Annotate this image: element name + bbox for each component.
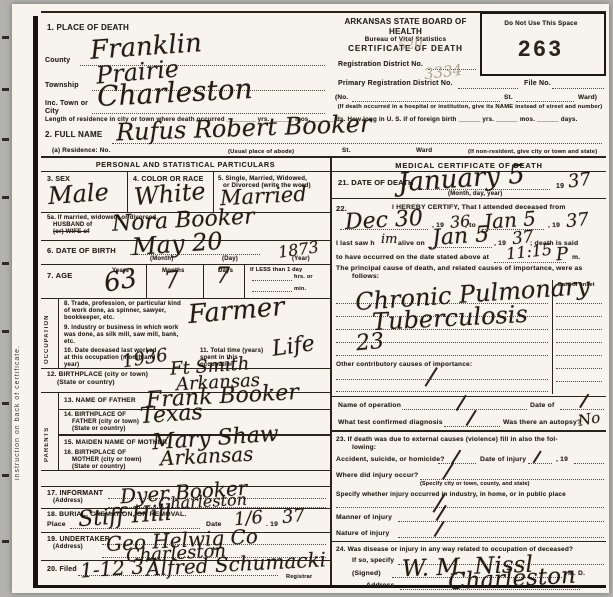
scanned-death-certificate: instruction on back of certificate. 1. P… [0, 0, 613, 597]
street-ward-label: Ward) [578, 94, 597, 102]
birthplace-label: 12. BIRTHPLACE (city or town) [47, 371, 148, 379]
personal-section-title: PERSONAL AND STATISTICAL PARTICULARS [41, 161, 330, 170]
autopsy-label: Was there an autopsy? [503, 419, 581, 427]
full-name-label: 2. FULL NAME [45, 130, 102, 140]
father-name-label: 13. NAME OF FATHER [64, 397, 136, 405]
age-min-caption: min. [294, 286, 306, 293]
lastsaw-value: Jan 5 [431, 222, 490, 251]
where-injury-caption: (Specify city or town, county, and state… [420, 481, 530, 487]
blank-line [444, 425, 500, 427]
specify-injury-label: Specify whether injury occurred in indus… [336, 491, 566, 499]
mother-birthplace-value: Arkansas [159, 442, 254, 471]
dod-year-printed: 19 [556, 183, 564, 191]
age-months-value: 7 [163, 265, 181, 294]
place-of-death-label: 1. PLACE OF DEATH [47, 23, 129, 33]
manner-injury-label: Manner of injury [336, 514, 392, 522]
rule-line [332, 198, 606, 199]
related-occupation-line-2: If so, specify [352, 557, 394, 565]
parents-vertical-label: PARENTS [44, 400, 50, 462]
do-not-use-box: Do Not Use This Space 263 [480, 12, 606, 76]
external-causes-line-2: lowing: [352, 444, 376, 452]
burial-place-label: Place [47, 521, 66, 529]
certificate-number-stamp: 263 [482, 36, 600, 62]
to-year-printed: , 19 [548, 222, 560, 230]
signed-label: (Signed) [352, 570, 381, 578]
blank-line [438, 462, 476, 464]
age-less-caption: If LESS than 1 day [250, 267, 302, 274]
blank-line [458, 87, 518, 89]
rule-line [41, 264, 330, 265]
residence-label: (a) Residence: No. [52, 147, 111, 155]
undertaker-address-label: (Address) [53, 544, 83, 551]
test-confirmed-label: What test confirmed diagnosis [338, 419, 443, 427]
blank-line [398, 536, 604, 538]
dod-year-value: 37 [567, 169, 593, 193]
principal-line-2: follows: [352, 273, 379, 281]
org-name: ARKANSAS STATE BOARD OF HEALTH [338, 17, 473, 36]
sex-value: Male [47, 178, 110, 210]
principal-line-1: The principal cause of death, and relate… [336, 265, 583, 273]
rule-line [332, 430, 606, 432]
father-birthplace-value: Texas [139, 400, 203, 429]
autopsy-value: No [577, 408, 602, 430]
contributory-label: Other contributory causes of importance: [336, 361, 472, 369]
lastsaw-pronoun: im [381, 232, 398, 247]
rule-line [33, 16, 38, 586]
rule-line [330, 156, 332, 585]
rule-line [41, 470, 330, 471]
blank-line [420, 478, 604, 480]
occ-trade-label: 8. Trade, profession, or particular kind… [64, 301, 186, 323]
external-causes-line-1: 23. If death was due to external causes … [336, 436, 558, 444]
rule-line [244, 264, 245, 298]
accident-label: Accident, suicide, or homicide? [336, 456, 445, 464]
where-injury-label: Where did injury occur? [336, 472, 418, 480]
blank-line [252, 279, 292, 281]
file-no-label: File No. [524, 80, 551, 88]
rule-line [58, 392, 59, 470]
street-st-label: St. [504, 94, 513, 102]
blank-line [516, 100, 574, 102]
attended-from-value: Dec 30 [344, 206, 423, 235]
rule-line [127, 171, 128, 212]
blank-line [574, 462, 604, 464]
age-years-value: 63 [102, 263, 140, 298]
residence-ward-label: Ward [416, 147, 432, 155]
operation-date-label: Date of [530, 402, 554, 410]
lastsaw-mid: alive on [398, 240, 425, 248]
county-label: County [45, 57, 70, 65]
blank-line [402, 408, 527, 410]
injury-year-printed: , 19 [556, 456, 568, 464]
rule-line [58, 298, 59, 368]
street-no-label: (No. [335, 94, 348, 102]
dob-label: 6. DATE OF BIRTH [47, 246, 116, 255]
registration-district-label: Registration District No. [338, 61, 423, 69]
rule-line [41, 298, 330, 299]
dob-day-caption: (Day) [222, 256, 238, 263]
blank-line [494, 261, 566, 263]
filed-label: 20. Filed [47, 566, 77, 574]
rule-line [203, 264, 204, 298]
registrar-label: Registrar [286, 574, 312, 581]
occurred-pre: to have occurred on the date stated abov… [336, 254, 489, 262]
rule-line [41, 156, 606, 158]
margin-instruction-note: instruction on back of certificate. [14, 240, 21, 480]
spouse-label-3: (or) WIFE of [53, 229, 89, 236]
rule-line [146, 264, 147, 298]
blank-line [398, 520, 604, 522]
nonresident-note: (If non-resident, give city or town and … [468, 149, 597, 156]
to-year-value: 37 [565, 209, 590, 232]
age-label: 7. AGE [47, 271, 73, 280]
informant-address-label: (Address) [53, 498, 83, 505]
occurred-post: m. [572, 254, 580, 262]
blank-line [336, 390, 548, 392]
rule-line [332, 396, 606, 397]
cause-duration-value: 23 [355, 329, 385, 356]
related-occupation-line-1: 24. Was disease or injury in any way rel… [336, 546, 573, 554]
blank-line [252, 290, 292, 292]
birthplace-label-2: (State or country) [57, 379, 115, 387]
blank-line [336, 378, 548, 380]
injury-date-label: Date of injury [480, 456, 526, 464]
rule-line [332, 541, 606, 542]
father-birthplace-label-3: (State or country) [72, 426, 126, 433]
do-not-use-label: Do Not Use This Space [482, 20, 600, 28]
occ-industry-label: 9. Industry or business in which work wa… [64, 325, 186, 347]
pencil-note-upper: 520 [397, 37, 423, 55]
blank-line [336, 506, 604, 508]
occupation-vertical-label: OCCUPATION [44, 302, 50, 364]
operation-label: Name of operation [338, 402, 401, 410]
hospital-note: (If death occurred in a hospital or inst… [336, 104, 604, 111]
abode-note: (Usual place of abode) [228, 149, 294, 156]
burial-year-printed: . 19 [266, 521, 278, 529]
nature-injury-label: Nature of injury [336, 530, 389, 538]
residence-st-label: St. [342, 147, 351, 155]
occurred-ampm-value: P [555, 244, 569, 266]
burial-year-value: 37 [281, 505, 306, 528]
blank-line [352, 100, 500, 102]
age-hrs-caption: hrs. or [294, 274, 313, 281]
lastsaw-pre: I last saw h [336, 240, 375, 248]
rule-line [41, 171, 330, 172]
address-label: Address [366, 582, 395, 590]
age-days-value: 7 [216, 264, 230, 289]
township-label: Township [45, 82, 79, 90]
blank-line [552, 87, 604, 89]
